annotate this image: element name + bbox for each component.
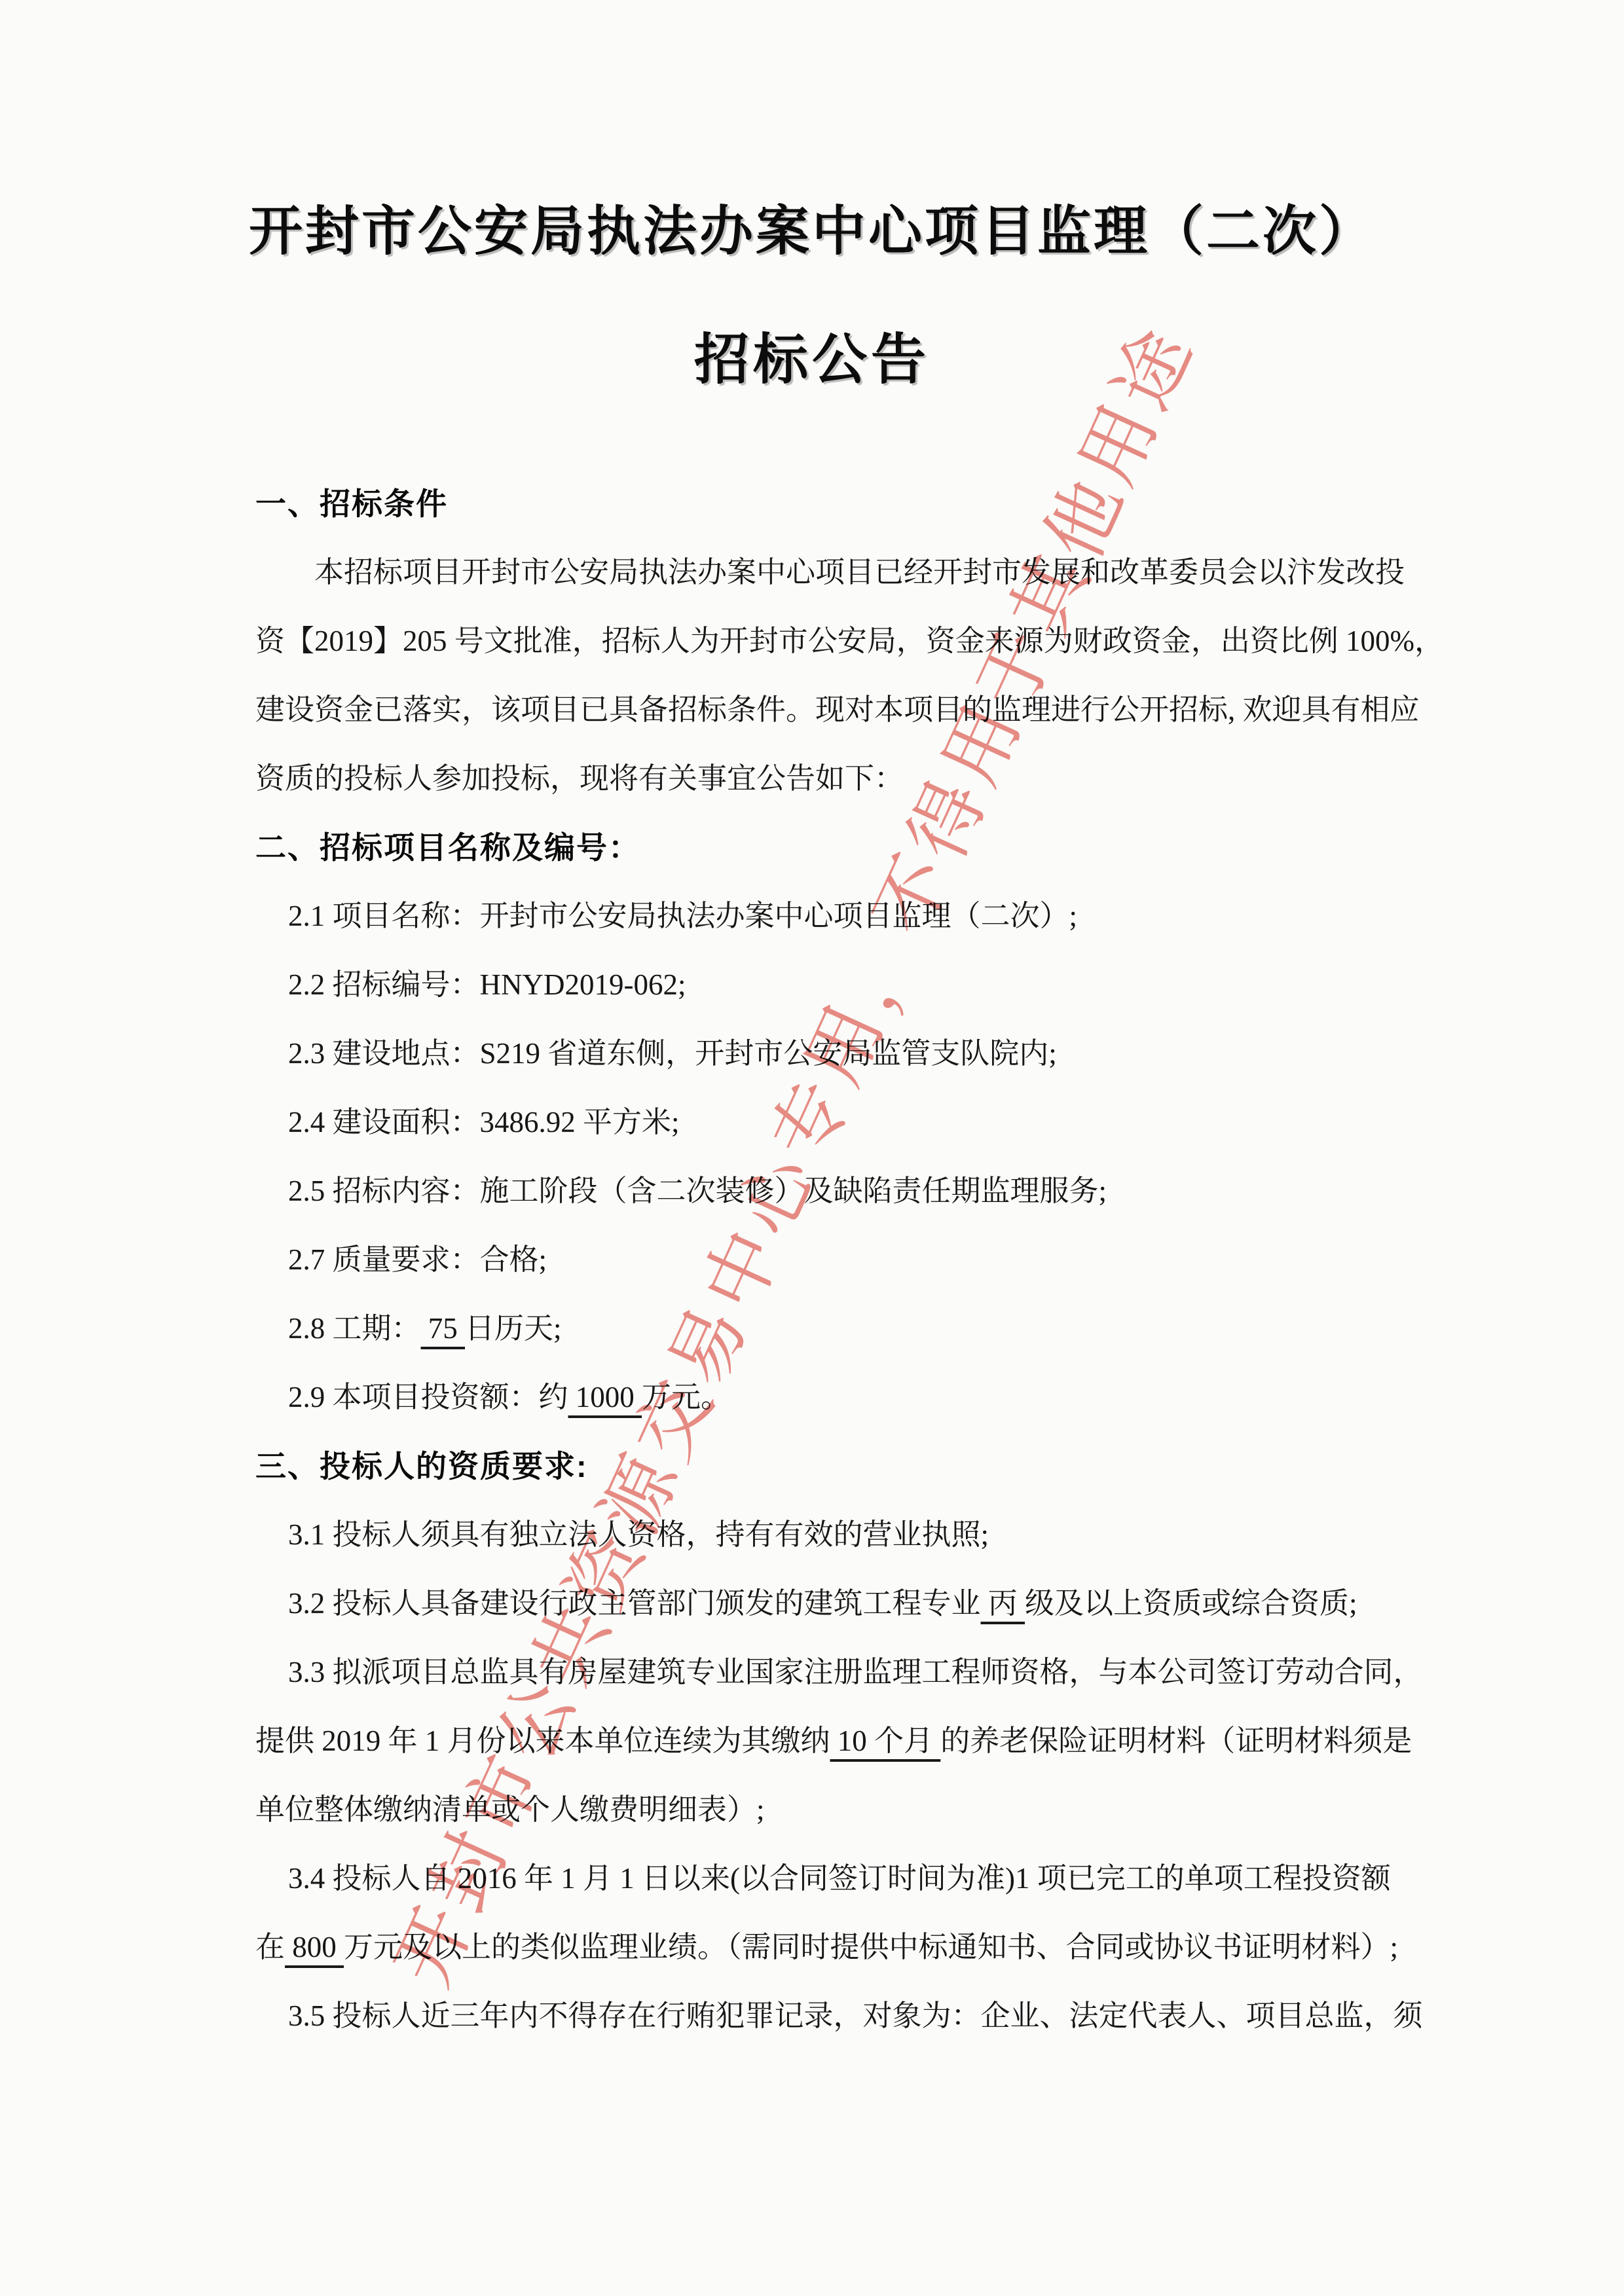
underlined-value: 75 bbox=[421, 1312, 466, 1345]
doc-line: 2.4 建设面积：3486.92 平方米; bbox=[255, 1088, 1378, 1157]
text-segment: 3.3 拟派项目总监具有房屋建筑专业国家注册监理工程师资格，与本公司签订劳动合同… bbox=[288, 1656, 1423, 1688]
doc-line: 提供 2019 年 1 月份以来本单位连续为其缴纳 10 个月 的养老保险证明材… bbox=[255, 1707, 1378, 1776]
doc-body: 一、招标条件本招标项目开封市公安局执法办案中心项目已经开封市发展和改革委员会以汴… bbox=[255, 469, 1378, 2050]
text-segment: 3.2 投标人具备建设行政主管部门颁发的建筑工程专业 bbox=[288, 1587, 981, 1620]
text-segment: 2.5 招标内容：施工阶段（含二次装修）及缺陷责任期监理服务; bbox=[288, 1175, 1107, 1207]
section-heading: 三、投标人的资质要求: bbox=[255, 1432, 1378, 1501]
underlined-value: 丙 bbox=[981, 1587, 1025, 1620]
text-segment: 3.1 投标人须具有独立法人资格，持有有效的营业执照; bbox=[288, 1518, 989, 1551]
doc-title-line2: 招标公告 bbox=[0, 316, 1624, 395]
underlined-value: 1000 bbox=[568, 1381, 642, 1413]
doc-line: 3.4 投标人自 2016 年 1 月 1 日以来(以合同签订时间为准)1 项已… bbox=[255, 1844, 1378, 1913]
doc-line: 资【2019】205 号文批准，招标人为开封市公安局，资金来源为财政资金，出资比… bbox=[255, 607, 1378, 676]
text-segment: 2.4 建设面积：3486.92 平方米; bbox=[288, 1106, 680, 1139]
doc-line: 本招标项目开封市公安局执法办案中心项目已经开封市发展和改革委员会以汴发改投 bbox=[255, 538, 1378, 607]
text-segment: 2.8 工期： bbox=[288, 1312, 421, 1345]
text-segment: 2.1 项目名称：开封市公安局执法办案中心项目监理（二次）; bbox=[288, 900, 1077, 932]
text-segment: 2.9 本项目投资额：约 bbox=[288, 1381, 568, 1413]
underlined-value: 800 bbox=[285, 1931, 344, 1963]
text-segment: 提供 2019 年 1 月份以来本单位连续为其缴纳 bbox=[255, 1724, 830, 1757]
doc-title-line1: 开封市公安局执法办案中心项目监理（二次） bbox=[0, 189, 1624, 265]
text-segment: 资【2019】205 号文批准，招标人为开封市公安局，资金来源为财政资金，出资比… bbox=[255, 625, 1444, 657]
doc-line: 2.1 项目名称：开封市公安局执法办案中心项目监理（二次）; bbox=[255, 882, 1378, 951]
text-segment: 2.3 建设地点：S219 省道东侧，开封市公安局监管支队院内; bbox=[288, 1037, 1057, 1070]
section-heading: 一、招标条件 bbox=[255, 469, 1378, 538]
underlined-value: 10 个月 bbox=[830, 1724, 941, 1757]
document-page: 开封市公共资源交易中心专用，不得用于其他用途 开封市公安局执法办案中心项目监理（… bbox=[0, 0, 1624, 2296]
doc-line: 2.2 招标编号：HNYD2019-062; bbox=[255, 951, 1378, 1019]
doc-line: 2.7 质量要求：合格; bbox=[255, 1226, 1378, 1294]
text-segment: 本招标项目开封市公安局执法办案中心项目已经开封市发展和改革委员会以汴发改投 bbox=[314, 556, 1405, 589]
text-segment: 2.2 招标编号：HNYD2019-062; bbox=[288, 968, 686, 1001]
text-segment: 日历天; bbox=[465, 1312, 562, 1345]
text-segment: 单位整体缴纳清单或个人缴费明细表）; bbox=[255, 1793, 765, 1826]
doc-line: 2.5 招标内容：施工阶段（含二次装修）及缺陷责任期监理服务; bbox=[255, 1157, 1378, 1226]
doc-line: 2.8 工期： 75 日历天; bbox=[255, 1294, 1378, 1363]
doc-line: 单位整体缴纳清单或个人缴费明细表）; bbox=[255, 1776, 1378, 1844]
doc-line: 2.3 建设地点：S219 省道东侧，开封市公安局监管支队院内; bbox=[255, 1019, 1378, 1088]
text-segment: 建设资金已落实，该项目已具备招标条件。现对本项目的监理进行公开招标, 欢迎具有相… bbox=[255, 693, 1420, 726]
text-segment: 的养老保险证明材料（证明材料须是 bbox=[940, 1724, 1412, 1757]
doc-line: 在 800 万元及以上的类似监理业绩。（需同时提供中标通知书、合同或协议书证明材… bbox=[255, 1913, 1378, 1982]
section-heading: 二、招标项目名称及编号： bbox=[255, 813, 1378, 882]
text-segment: 万元。 bbox=[642, 1381, 730, 1413]
text-segment: 在 bbox=[255, 1931, 285, 1963]
doc-line: 建设资金已落实，该项目已具备招标条件。现对本项目的监理进行公开招标, 欢迎具有相… bbox=[255, 676, 1378, 744]
doc-line: 资质的投标人参加投标，现将有关事宜公告如下： bbox=[255, 744, 1378, 813]
text-segment: 3.5 投标人近三年内不得存在行贿犯罪记录，对象为：企业、法定代表人、项目总监，… bbox=[288, 1999, 1423, 2032]
text-segment: 2.7 质量要求：合格; bbox=[288, 1243, 547, 1276]
doc-line: 3.3 拟派项目总监具有房屋建筑专业国家注册监理工程师资格，与本公司签订劳动合同… bbox=[255, 1638, 1378, 1707]
doc-line: 3.1 投标人须具有独立法人资格，持有有效的营业执照; bbox=[255, 1501, 1378, 1569]
doc-line: 2.9 本项目投资额：约 1000 万元。 bbox=[255, 1363, 1378, 1432]
text-segment: 3.4 投标人自 2016 年 1 月 1 日以来(以合同签订时间为准)1 项已… bbox=[288, 1862, 1391, 1895]
doc-line: 3.5 投标人近三年内不得存在行贿犯罪记录，对象为：企业、法定代表人、项目总监，… bbox=[255, 1982, 1378, 2050]
text-segment: 万元及以上的类似监理业绩。（需同时提供中标通知书、合同或协议书证明材料）; bbox=[344, 1931, 1398, 1963]
text-segment: 级及以上资质或综合资质; bbox=[1025, 1587, 1357, 1620]
doc-line: 3.2 投标人具备建设行政主管部门颁发的建筑工程专业 丙 级及以上资质或综合资质… bbox=[255, 1569, 1378, 1638]
text-segment: 资质的投标人参加投标，现将有关事宜公告如下： bbox=[255, 762, 904, 795]
